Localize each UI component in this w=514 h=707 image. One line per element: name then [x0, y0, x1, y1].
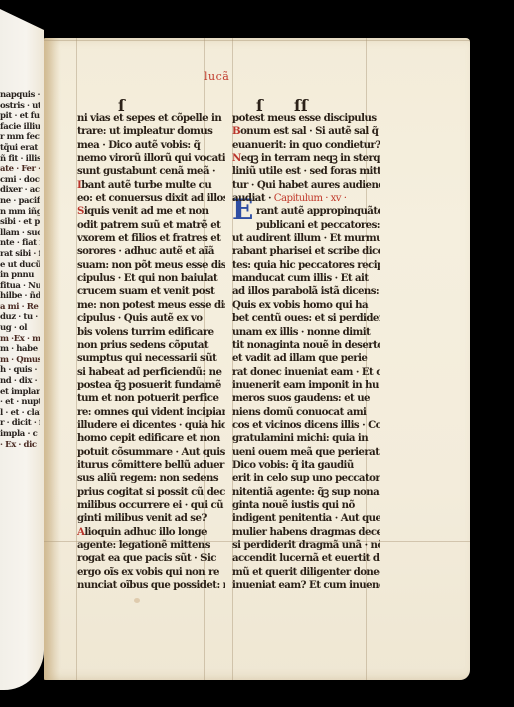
text-line: prius cogitat si possit cũ decẽ	[77, 486, 225, 499]
page-gutter-shadow	[44, 38, 60, 680]
text-line: re: omnes qui vident incipiant	[77, 406, 225, 419]
text-line: Quis ex vobis homo qui ha	[232, 299, 380, 312]
text-line: si perdiderit dragmã unã · nõne	[232, 539, 380, 552]
facing-page-line: ostris · ut q̃ n	[0, 101, 40, 112]
text-line: Ibant autẽ turbe multe cu	[77, 179, 225, 192]
facing-page-line: l · et · clauis	[0, 408, 40, 419]
text-line: nemo virorũ illorũ qui vocati	[77, 152, 225, 165]
facing-page-line: hilbe · ñdic	[0, 291, 40, 302]
text-line: postea q̃ꝫ posuerit fundamẽ	[77, 379, 225, 392]
text-line: ergo oĩs ex vobis qui non re	[77, 566, 225, 579]
text-line: unam ex illis · nonne dimit	[232, 326, 380, 339]
facing-page-line: m ·Ex · m	[0, 334, 40, 345]
rubricated-letter: N	[232, 152, 241, 164]
text-line: meros suos gaudens: et ue	[232, 392, 380, 405]
facing-page-line: · et · nuptis	[0, 397, 40, 408]
facing-page-line: ñ fit · illis · q	[0, 154, 40, 165]
text-line: tum et non potuerit perfice	[77, 392, 225, 405]
text-line: ni vias et sepes et cõpelle in	[77, 112, 225, 125]
facing-page-line: llam · suoz	[0, 228, 40, 239]
text-line: nunciat oĩbus que possidet: nõ	[77, 579, 225, 592]
facing-page-line: napquis · ac	[0, 90, 40, 101]
text-line: potest meus esse discipulus ·	[232, 112, 380, 125]
text-line: rat donec inueniat eam · Et cũ	[232, 366, 380, 379]
text-line: euanuerit: in quo condietur?	[232, 139, 380, 152]
text-column-left: ni vias et sepes et cõpelle intrare: ut …	[77, 112, 225, 592]
text-line: rant autẽ appropinquãtes ei	[232, 205, 380, 218]
text-line: ginti milibus venit ad se?	[77, 512, 225, 525]
text-line: inuenerit eam imponit in hu	[232, 379, 380, 392]
facing-page-line: tq̃ui erat q	[0, 143, 40, 154]
text-line: inueniat eam? Et cum inuenerit:	[232, 579, 380, 592]
text-line: et vadit ad illam que perie	[232, 352, 380, 365]
text-line: Bonum est sal · Si autẽ sal q̃	[232, 125, 380, 138]
facing-page-line: · Ex · dic	[0, 440, 40, 451]
facing-page-line: nte · fiat i t	[0, 238, 40, 249]
chapter-heading: Capitulum · xv ·	[271, 193, 346, 204]
facing-page-text: napquis · acostris · ut q̃ npit · et fui…	[0, 90, 40, 560]
text-line: cos et vicinos dicens illis · Co	[232, 419, 380, 432]
text-line: Alioquin adhuc illo longe	[77, 526, 225, 539]
text-line: sunt gustabunt cenã meã ·	[77, 165, 225, 178]
text-line: tur · Qui habet aures audiendi	[232, 179, 380, 192]
facing-page-line: nd · dix · ul	[0, 376, 40, 387]
text-line: tit nonaginta nouẽ in deserto ·	[232, 339, 380, 352]
facing-page-line: cmi · doce mu	[0, 175, 40, 186]
text-line: indigent penitentia · Aut que	[232, 512, 380, 525]
ruling-line-horizontal-top	[44, 40, 470, 41]
text-line: si habeat ad perficiendũ: ne	[77, 366, 225, 379]
text-line: audiat · Capitulum · xv ·	[232, 192, 380, 205]
facing-page-shadow	[0, 0, 44, 30]
facing-page-line: m · Qmus	[0, 355, 40, 366]
text-line: sumptus qui necessarii sũt	[77, 352, 225, 365]
facing-page-line: sibi · et pastorv	[0, 217, 40, 228]
rubricated-letter: S	[77, 205, 84, 217]
facing-page-line: n mm iñg	[0, 207, 40, 218]
running-head: lucã	[204, 70, 229, 83]
facing-page-line: ug · ol	[0, 323, 40, 334]
text-line: bet centũ oues: et si perdiderit	[232, 312, 380, 325]
text-line: ut audirent illum · Et murmu	[232, 232, 380, 245]
facing-page-line: a mi · Re	[0, 302, 40, 313]
text-line: potuit cõsummare · Aut quis rex	[77, 446, 225, 459]
text-line: Dico vobis: q̃ ita gaudiũ	[232, 459, 380, 472]
text-line: eo: et conuersus dixit ad illos:	[77, 192, 225, 205]
text-line: agente: legationẽ mittens	[77, 539, 225, 552]
text-line: rogat ea que pacis sũt · Sic	[77, 552, 225, 565]
text-line: erit in celo sup uno peccatore pe	[232, 472, 380, 485]
facing-page-line: r · dicit · fm	[0, 418, 40, 429]
text-line: sus aliũ regem: non sedens	[77, 472, 225, 485]
text-line: bis volens turrim edificare	[77, 326, 225, 339]
text-line: ginta nouẽ iustis qui nõ	[232, 499, 380, 512]
text-line: ueni ouem meã que perierat ·	[232, 446, 380, 459]
facing-page-line: fitua · Nu	[0, 281, 40, 292]
text-line: vxorem et filios et fratres et	[77, 232, 225, 245]
rubricated-letter: I	[77, 179, 81, 191]
text-line: sorores · adhuc autẽ et aĩã	[77, 245, 225, 258]
facing-page-line: facie illius	[0, 122, 40, 133]
text-line: trare: ut impleatur domus	[77, 125, 225, 138]
text-line: niens domũ conuocat ami	[232, 406, 380, 419]
text-line: crucem suam et venit post	[77, 285, 225, 298]
facing-page-leaf: napquis · acostris · ut q̃ npit · et fui…	[0, 0, 44, 690]
text-line: gratulamini michi: quia in	[232, 432, 380, 445]
text-line: tes: quia hic peccatores recipit et	[232, 259, 380, 272]
text-line: mulier habens dragmas decem:	[232, 526, 380, 539]
text-line: Siquis venit ad me et non	[77, 205, 225, 218]
text-line: liniũ utile est · sed foras mitte	[232, 165, 380, 178]
facing-page-line: m · habe q	[0, 344, 40, 355]
text-line: ad illos parabolã istã dicens:	[232, 285, 380, 298]
facing-page-line: duz · tu · l	[0, 312, 40, 323]
text-line: suam: non põt meus esse dis	[77, 259, 225, 272]
text-line: manducat cum illis · Et ait	[232, 272, 380, 285]
facing-page-line: ate · Fer · lui	[0, 164, 40, 175]
facing-page-line: impla · c	[0, 429, 40, 440]
text-line: non prius sedens cõputat	[77, 339, 225, 352]
facing-page-line: et implare	[0, 387, 40, 398]
facing-page-line: h · quis · o	[0, 365, 40, 376]
facing-page-line: ne · pacifica	[0, 196, 40, 207]
text-line: nitentiã agente: q̃ꝫ sup nona	[232, 486, 380, 499]
facing-page-line: e ut ducũ q	[0, 260, 40, 271]
facing-page-line: rat sibi · fit	[0, 249, 40, 260]
facing-page-line: pit · et fuit	[0, 111, 40, 122]
text-line: publicani et peccatores:	[232, 219, 380, 232]
text-line: homo cepit edificare et non	[77, 432, 225, 445]
text-column-right: potest meus esse discipulus ·Bonum est s…	[232, 112, 380, 592]
rubricated-letter: A	[77, 526, 84, 538]
text-line: cipulus · Et qui non baiulat	[77, 272, 225, 285]
facing-page-line: r mm fecit	[0, 132, 40, 143]
text-line: illudere ei dicentes · quia hic	[77, 419, 225, 432]
text-line: cipulus · Quis autẽ ex vo	[77, 312, 225, 325]
text-line: odit patrem suũ et matrẽ et	[77, 219, 225, 232]
paper-stain	[134, 598, 140, 603]
text-line: Neqꝫ in terram neqꝫ in sterqui	[232, 152, 380, 165]
facing-page-line: dixer · ac · dil	[0, 185, 40, 196]
rubricated-letter: B	[232, 125, 240, 137]
text-line: mũ et querit diligenter donec	[232, 566, 380, 579]
facing-page-line: in pnnu	[0, 270, 40, 281]
text-line: milibus occurrere ei · qui cũ vi	[77, 499, 225, 512]
text-line: mea · Dico autẽ vobis: q̃	[77, 139, 225, 152]
text-line: iturus cõmittere bellũ aduer	[77, 459, 225, 472]
text-line: accendit lucernã et euertit do	[232, 552, 380, 565]
text-line: rabant pharisei et scribe dicen	[232, 245, 380, 258]
text-line: me: non potest meus esse dis	[77, 299, 225, 312]
